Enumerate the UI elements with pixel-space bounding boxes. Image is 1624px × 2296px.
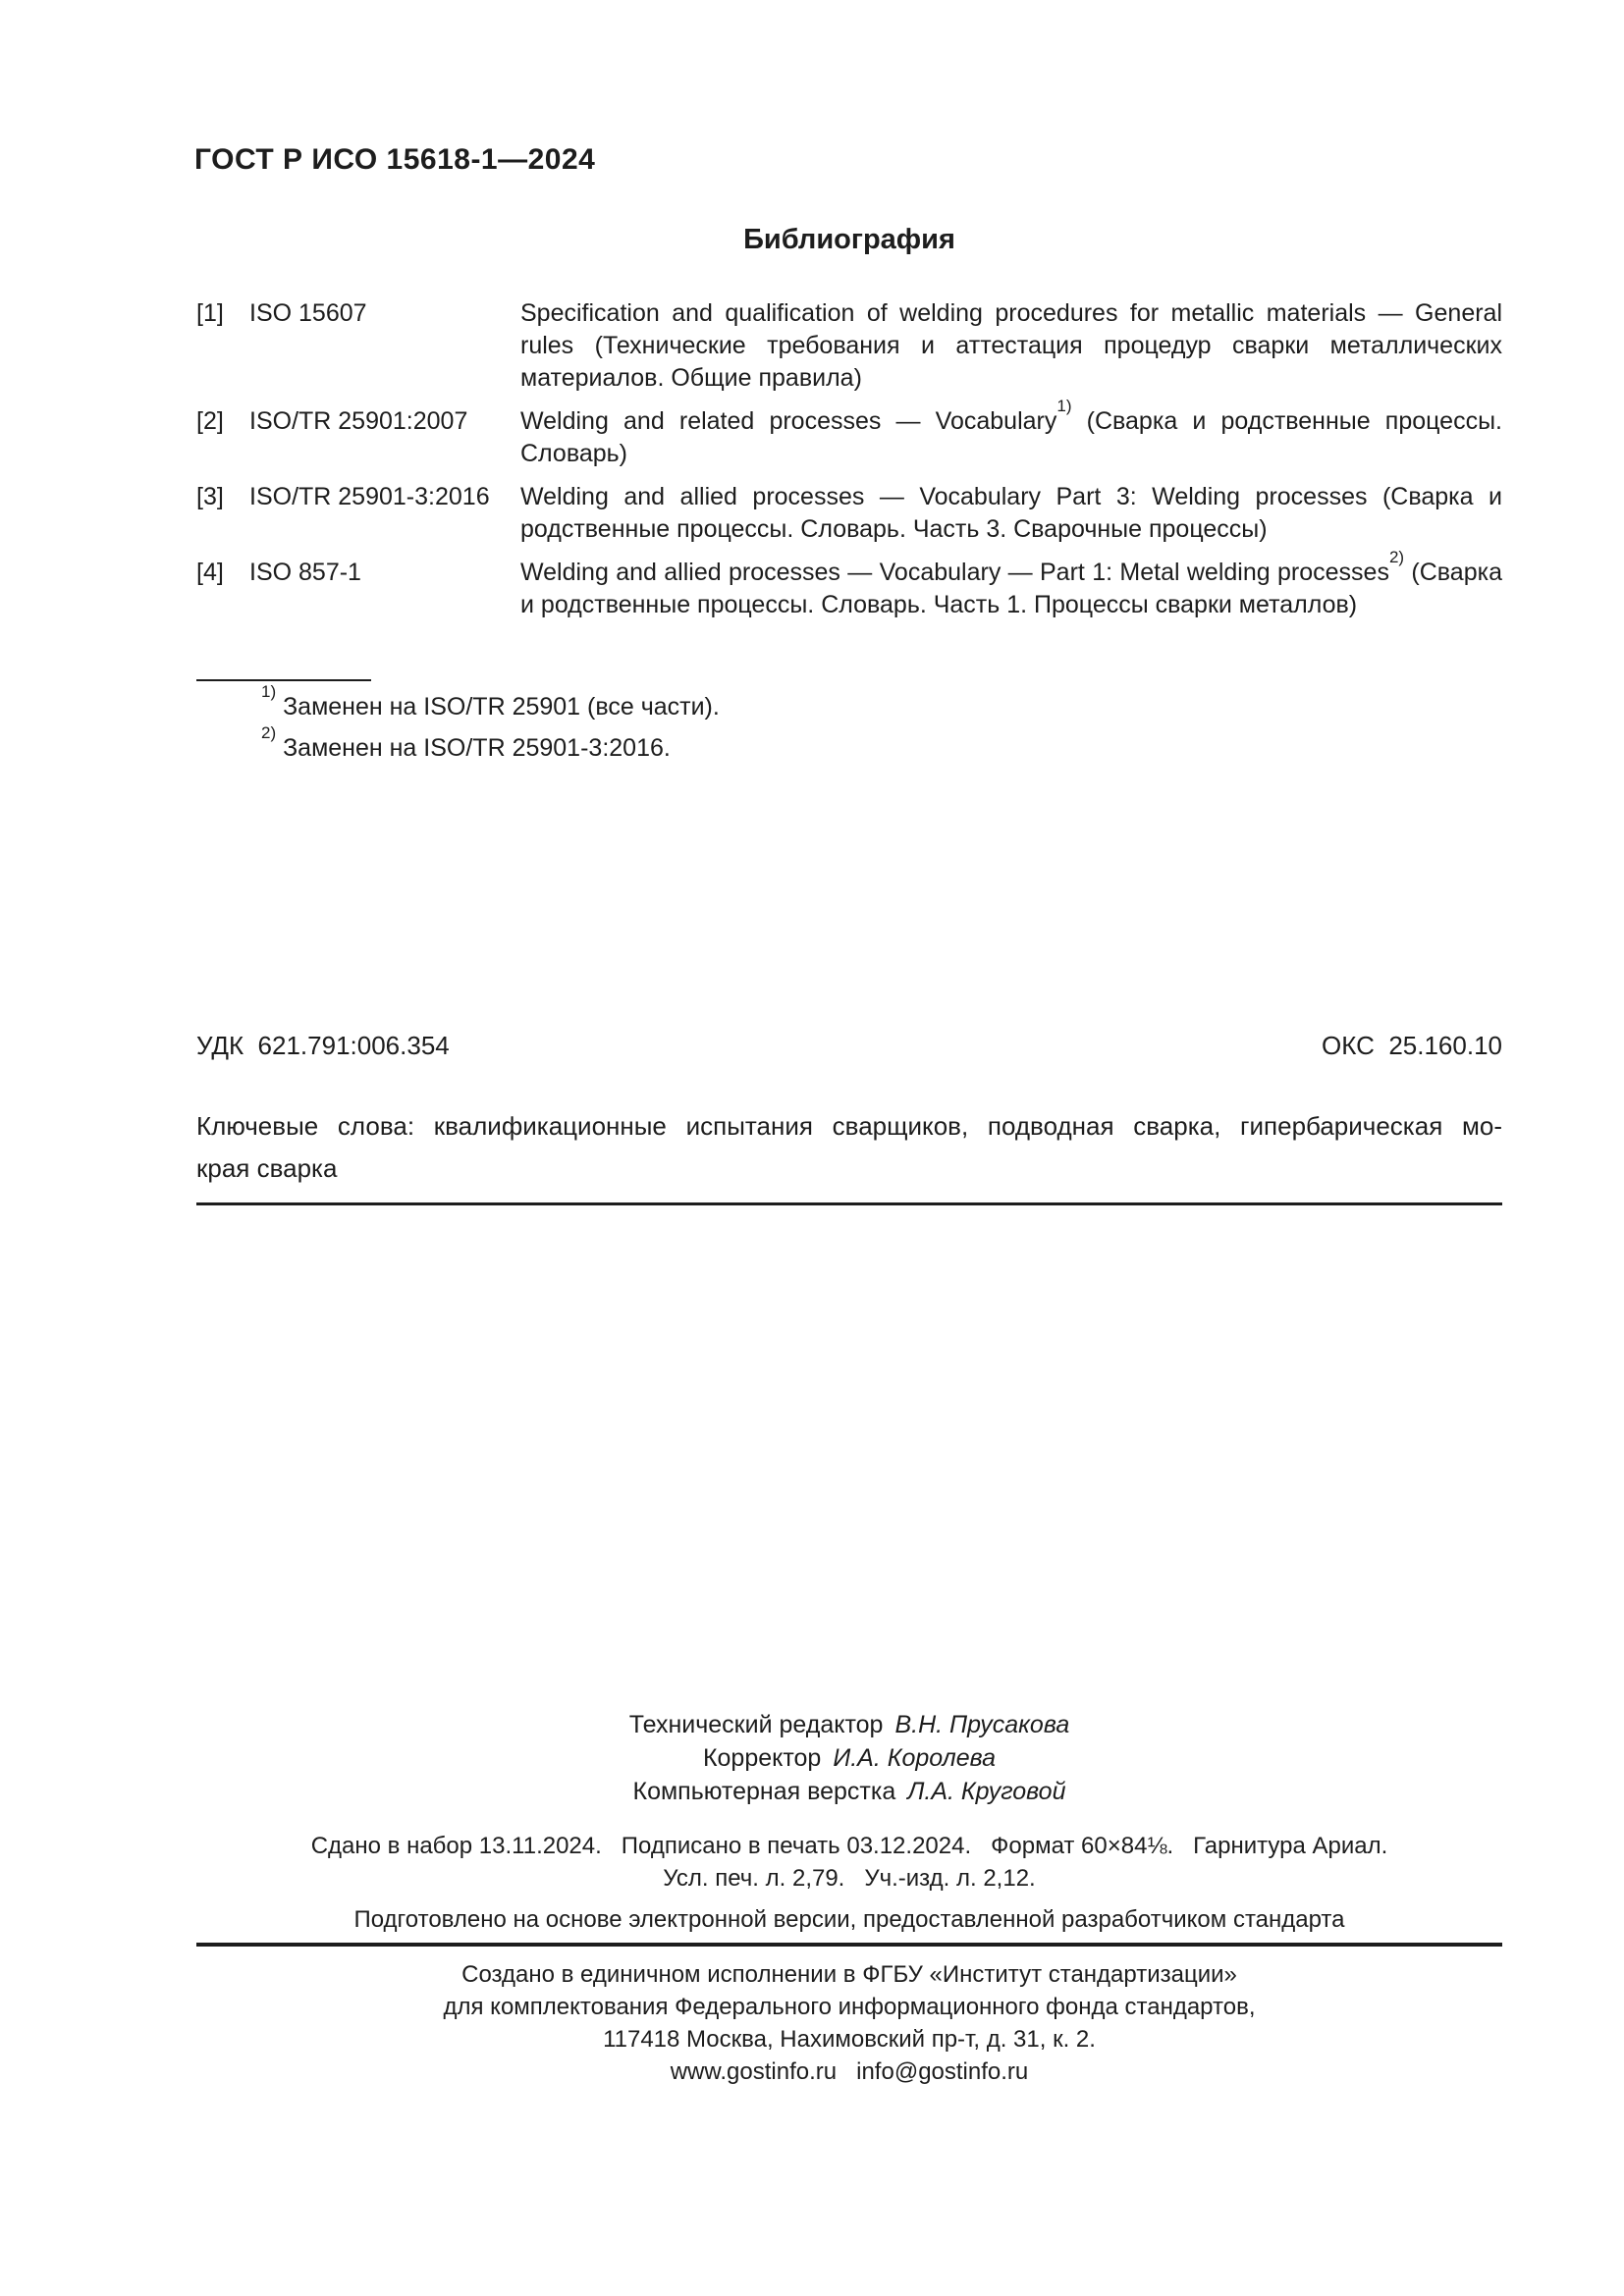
bibliography-entry: [2] ISO/TR 25901:2007 Welding and relate…	[196, 405, 1502, 470]
prepared-note: Подготовлено на основе электронной верси…	[196, 1906, 1502, 1934]
bibliography-list: [1] ISO 15607 Specification and qualific…	[196, 297, 1502, 632]
udk-code: УДК 621.791:006.354	[196, 1031, 450, 1061]
credit-label: Технический редактор	[629, 1711, 884, 1738]
entry-description: Specification and qualification of weldi…	[520, 297, 1502, 395]
keywords-paragraph: Ключевые слова: квалификационные испытан…	[196, 1105, 1502, 1190]
credit-label: Корректор	[703, 1744, 821, 1772]
entry-code: ISO 857-1	[249, 557, 520, 621]
publisher-address: 117418 Москва, Нахимовский пр-т, д. 31, …	[196, 2023, 1502, 2056]
oks-code: ОКС 25.160.10	[1322, 1031, 1502, 1061]
footnote: 2) Заменен на ISO/TR 25901-3:2016.	[196, 733, 1502, 763]
entry-description: Welding and allied processes — Vocabular…	[520, 481, 1502, 546]
footnote-divider	[196, 679, 371, 681]
publisher-line: Создано в единичном исполнении в ФГБУ «И…	[196, 1958, 1502, 1991]
entry-number: [2]	[196, 405, 249, 470]
entry-description: Welding and related processes — Vocabula…	[520, 405, 1502, 470]
document-page: ГОСТ Р ИСО 15618-1—2024 Библиография [1]…	[0, 0, 1624, 2296]
credit-name: В.Н. Прусакова	[894, 1711, 1069, 1738]
credit-row: Технический редакторВ.Н. Прусакова	[196, 1708, 1502, 1741]
section-divider	[196, 1202, 1502, 1205]
credit-name: Л.А. Круговой	[907, 1778, 1065, 1805]
page-title: Библиография	[196, 224, 1502, 256]
imprint-block: Сдано в набор 13.11.2024. Подписано в пе…	[196, 1830, 1502, 1895]
credit-row: КорректорИ.А. Королева	[196, 1741, 1502, 1775]
publisher-contacts: www.gostinfo.ru info@gostinfo.ru	[196, 2056, 1502, 2088]
bibliography-entry: [4] ISO 857-1 Welding and allied process…	[196, 557, 1502, 621]
entry-code: ISO/TR 25901-3:2016	[249, 481, 520, 546]
credit-name: И.А. Королева	[833, 1744, 996, 1772]
publisher-line: для комплектования Федерального информац…	[196, 1991, 1502, 2023]
footnote-ref: 2)	[1389, 548, 1404, 566]
keywords-line: Ключевые слова: квалификационные испытан…	[196, 1105, 1502, 1148]
footnotes-block: 1) Заменен на ISO/TR 25901 (все части). …	[196, 692, 1502, 774]
imprint-line: Усл. печ. л. 2,79. Уч.-изд. л. 2,12.	[196, 1862, 1502, 1895]
bibliography-entry: [3] ISO/TR 25901-3:2016 Welding and alli…	[196, 481, 1502, 546]
footnote: 1) Заменен на ISO/TR 25901 (все части).	[196, 692, 1502, 721]
credits-block: Технический редакторВ.Н. Прусакова Корре…	[196, 1708, 1502, 1808]
bibliography-entry: [1] ISO 15607 Specification and qualific…	[196, 297, 1502, 395]
credit-label: Компьютерная верстка	[633, 1778, 896, 1805]
entry-code: ISO 15607	[249, 297, 520, 395]
entry-code: ISO/TR 25901:2007	[249, 405, 520, 470]
imprint-line: Сдано в набор 13.11.2024. Подписано в пе…	[196, 1830, 1502, 1862]
footer-divider	[196, 1943, 1502, 1947]
footnote-marker: 2)	[261, 723, 276, 742]
footnote-ref: 1)	[1056, 397, 1071, 415]
entry-number: [4]	[196, 557, 249, 621]
publisher-block: Создано в единичном исполнении в ФГБУ «И…	[196, 1958, 1502, 2088]
entry-number: [1]	[196, 297, 249, 395]
entry-number: [3]	[196, 481, 249, 546]
classification-row: УДК 621.791:006.354 ОКС 25.160.10	[196, 1031, 1502, 1061]
entry-description: Welding and allied processes — Vocabular…	[520, 557, 1502, 621]
credit-row: Компьютерная версткаЛ.А. Круговой	[196, 1775, 1502, 1808]
document-header: ГОСТ Р ИСО 15618-1—2024	[194, 143, 595, 177]
footnote-marker: 1)	[261, 682, 276, 701]
keywords-line: края сварка	[196, 1148, 1502, 1190]
